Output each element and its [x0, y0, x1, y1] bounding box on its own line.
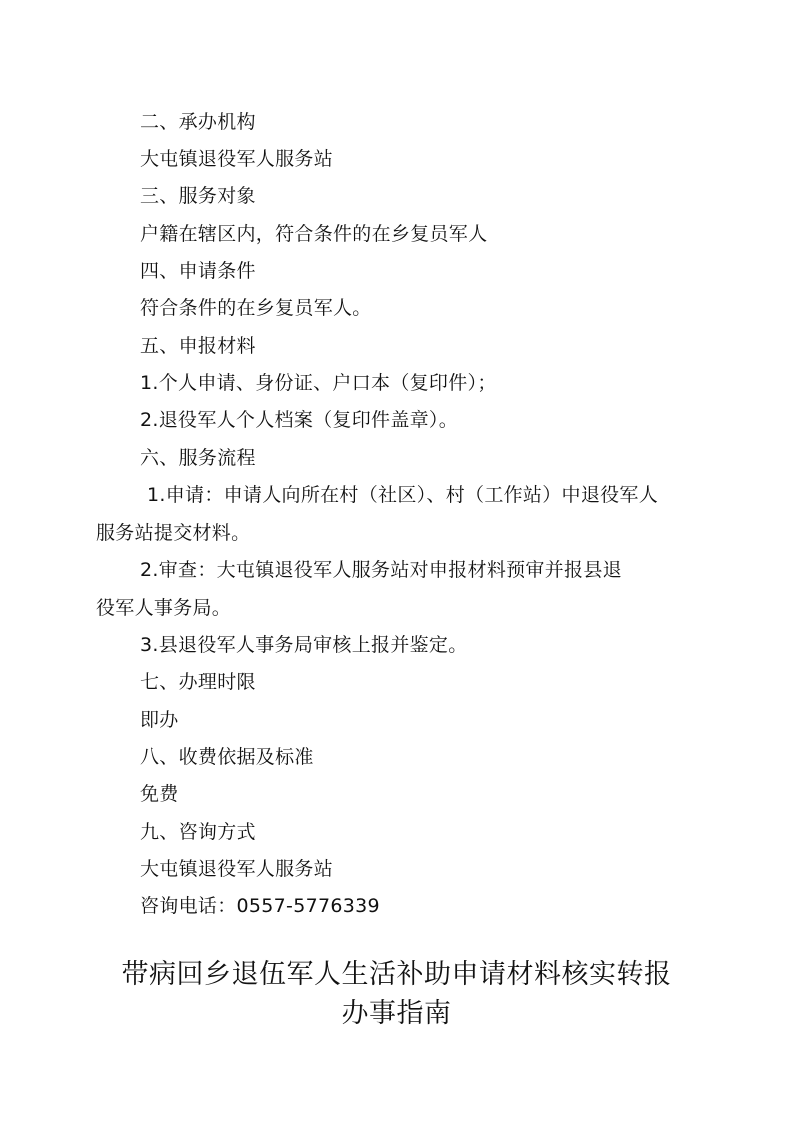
section-heading-materials: 五、申报材料 — [140, 334, 256, 358]
section-heading-time-limit: 七、办理时限 — [140, 670, 256, 694]
contact-phone: 咨询电话：0557-5776339 — [140, 894, 380, 918]
document-page: 二、承办机构 大屯镇退役军人服务站 三、服务对象 户籍在辖区内，符合条件的在乡复… — [0, 0, 793, 1122]
section-body-organizer: 大屯镇退役军人服务站 — [140, 147, 333, 171]
next-guide-title-line-2: 办事指南 — [0, 996, 793, 1032]
section-heading-conditions: 四、申请条件 — [140, 259, 256, 283]
process-step-2-line-1: 2.审查：大屯镇退役军人服务站对申报材料预审并报县退 — [140, 558, 622, 582]
section-body-fees: 免费 — [140, 782, 179, 806]
section-heading-process: 六、服务流程 — [140, 446, 256, 470]
materials-item-2: 2.退役军人个人档案（复印件盖章）。 — [140, 408, 458, 432]
process-step-1-line-2: 服务站提交材料。 — [96, 521, 250, 545]
section-body-service-target: 户籍在辖区内，符合条件的在乡复员军人 — [140, 222, 487, 246]
section-heading-contact: 九、咨询方式 — [140, 820, 256, 844]
next-guide-title-line-1: 带病回乡退伍军人生活补助申请材料核实转报 — [0, 957, 793, 993]
section-heading-organizer: 二、承办机构 — [140, 110, 256, 134]
materials-item-1: 1.个人申请、身份证、户口本（复印件）； — [140, 371, 497, 395]
section-heading-fees: 八、收费依据及标准 — [140, 745, 314, 769]
process-step-3: 3.县退役军人事务局审核上报并鉴定。 — [140, 633, 468, 657]
section-heading-service-target: 三、服务对象 — [140, 184, 256, 208]
section-body-contact-org: 大屯镇退役军人服务站 — [140, 857, 333, 881]
process-step-1-line-1: 1.申请：申请人向所在村（社区）、村（工作站）中退役军人 — [147, 483, 658, 507]
section-body-time-limit: 即办 — [140, 708, 179, 732]
section-body-conditions: 符合条件的在乡复员军人。 — [140, 296, 372, 320]
process-step-2-line-2: 役军人事务局。 — [96, 596, 231, 620]
